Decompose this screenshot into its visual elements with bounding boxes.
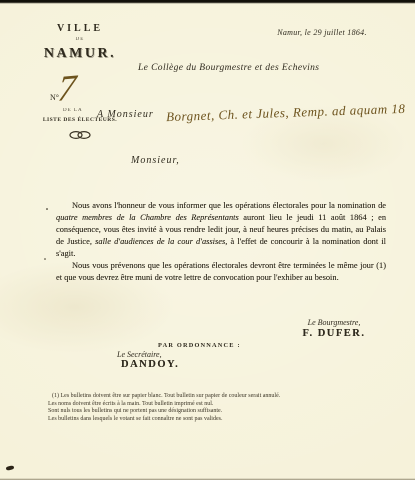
scan-top-edge	[0, 0, 415, 4]
scan-speck	[6, 465, 15, 471]
footnote-line: (1) Les bulletins doivent être sur papie…	[38, 393, 388, 401]
letterhead: VILLE DE NAMUR.	[34, 23, 126, 62]
handwritten-number: 7	[56, 69, 77, 107]
secretaire-name: DANDOY.	[121, 359, 179, 370]
scan-speck	[44, 258, 46, 260]
letterhead-city-label: VILLE	[34, 23, 126, 34]
address-label: A Monsieur	[97, 109, 154, 120]
bourgmestre-name: F. DUFER.	[278, 328, 390, 339]
secretaire-title: Le Secrétaire,	[117, 350, 162, 359]
letter-body: Nous avons l'honneur de vous informer qu…	[56, 200, 386, 284]
letterhead-city-name: NAMUR.	[34, 46, 126, 62]
ordonnance-label: PAR ORDONNANCE :	[158, 342, 241, 349]
paragraph-1-text: Nous avons l'honneur de vous informer qu…	[72, 201, 386, 210]
chain-links-icon	[30, 127, 130, 145]
footnote-line: Les bulletins dans lesquels le votant se…	[38, 416, 388, 424]
paragraph-2: Nous vous prévenons que les opérations é…	[56, 260, 386, 284]
scan-speck	[46, 208, 48, 210]
college-line: Le Collège du Bourgmestre et des Echevin…	[138, 63, 319, 73]
de-la-label: DE LA	[63, 108, 83, 113]
dateline: Namur, le 29 juillet 1864.	[252, 28, 392, 37]
bourgmestre-signature-block: Le Bourgmestre, F. DUFER.	[278, 318, 390, 339]
footnote-line: Sont nuls tous les bulletins qui ne port…	[38, 408, 388, 416]
salutation: Monsieur,	[131, 155, 180, 166]
bourgmestre-title: Le Bourgmestre,	[278, 318, 390, 327]
paragraph-1: Nous avons l'honneur de vous informer qu…	[56, 200, 386, 260]
letterhead-de-label: DE	[34, 37, 126, 42]
paragraph-1-italic: quatre membres de la Chambre des Représe…	[56, 213, 239, 222]
footnotes: (1) Les bulletins doivent être sur papie…	[38, 393, 388, 423]
address-row: A Monsieur Borgnet, Ch. et Jules, Remp. …	[97, 104, 405, 122]
handwritten-addressee: Borgnet, Ch. et Jules, Remp. ad aquam 18	[166, 101, 406, 125]
paragraph-1-italic: salle d'audiences de la cour d'assises,	[95, 237, 227, 246]
letter-scan-page: VILLE DE NAMUR. N° 7 DE LA LISTE DES ÉLE…	[0, 0, 415, 480]
